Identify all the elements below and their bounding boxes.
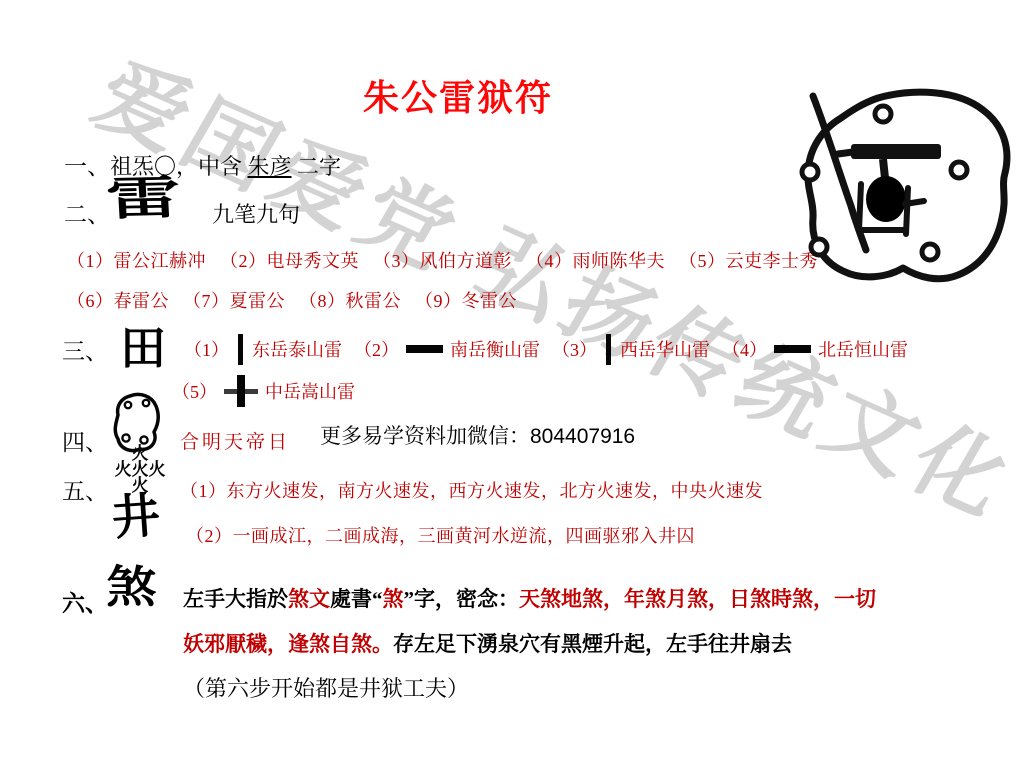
vertical-stroke-icon bbox=[606, 334, 611, 365]
filled-dot bbox=[866, 176, 906, 222]
item-number: （4） bbox=[722, 336, 767, 362]
item-label: 东岳泰山雷 bbox=[252, 336, 342, 362]
instruction-segment: 煞文 bbox=[288, 587, 330, 611]
section-six-number: 六、 bbox=[62, 585, 108, 618]
lei-brush-glyph: 雷 bbox=[105, 175, 182, 223]
instruction-segment: 處書“ bbox=[330, 587, 383, 611]
item-label: 中岳嵩山雷 bbox=[265, 378, 355, 404]
section-one-text-post: 二字 bbox=[292, 154, 342, 179]
section-six-line2: 妖邪厭穢，逢煞自煞。存左足下湧泉穴有黑煙升起，左手往井扇去 bbox=[183, 628, 792, 658]
section-two-number: 二、 bbox=[64, 196, 110, 229]
item-label: 北岳恒山雷 bbox=[818, 336, 908, 362]
item-number: （1） bbox=[184, 336, 229, 362]
instruction-segment: ”字，密念： bbox=[404, 587, 520, 611]
item-label: 南岳衡山雷 bbox=[450, 336, 540, 362]
sha-brush-glyph: 煞 bbox=[106, 566, 157, 610]
mountain-item: （5） 中岳嵩山雷 bbox=[172, 375, 355, 407]
mountain-item: （4） 北岳恒山雷 bbox=[722, 336, 908, 362]
mountain-item: （3） 西岳华山雷 bbox=[552, 334, 710, 365]
section-three-number: 三、 bbox=[62, 333, 108, 366]
instruction-segment: 煞 bbox=[383, 587, 404, 611]
horizontal-stroke-icon bbox=[774, 345, 811, 353]
well-brush-glyph: 井 bbox=[110, 492, 161, 543]
underlined-name: 朱彦 bbox=[248, 154, 292, 179]
lei-talisman-drawing bbox=[783, 80, 1021, 292]
vertical-stroke-icon bbox=[238, 334, 243, 365]
mountain-item: （2） 南岳衡山雷 bbox=[354, 336, 540, 362]
section-one-number: 一、 bbox=[64, 154, 110, 179]
instruction-segment: 左手大指於 bbox=[183, 587, 288, 611]
item-number: （5） bbox=[172, 378, 217, 404]
five-fires-glyph: 火 火火火 火 bbox=[106, 446, 174, 494]
section-three-row: 三、 田 （1） 东岳泰山雷 （2） 南岳衡山雷 （3） 西岳华山雷 （4） 北… bbox=[62, 324, 908, 374]
page-title: 朱公雷狱符 bbox=[363, 70, 553, 121]
thunder-officials-line: （1）雷公江赫冲 （2）电母秀文英 （3）风伯方道彰 （4）雨师陈华夫 （5）云… bbox=[67, 247, 818, 273]
incantation-text: 天煞地煞，年煞月煞，日煞時煞，一切 bbox=[519, 587, 876, 611]
document-page: 爱国爱党 弘扬传统文化 朱公雷狱符 一、祖炁〇，中含 朱彦 二字 二、 雷 九笔… bbox=[0, 0, 1033, 776]
section-three-row-center: （5） 中岳嵩山雷 bbox=[172, 373, 355, 409]
horizontal-stroke-icon bbox=[406, 345, 443, 353]
wechat-contact-note: 更多易学资料加微信：804407916 bbox=[320, 420, 635, 450]
incantation-text: 妖邪厭穢，逢煞自煞。 bbox=[183, 632, 393, 656]
lei-top-bar bbox=[851, 144, 941, 159]
visualization-text: 存左足下湧泉穴有黑煙升起，左手往井扇去 bbox=[393, 632, 792, 656]
seasonal-thunder-line: （6）春雷公 （7）夏雷公 （8）秋雷公 （9）冬雷公 bbox=[67, 287, 517, 313]
section-four-number: 四、 bbox=[62, 424, 108, 457]
five-directions-fire-line: （1）东方火速发，南方火速发，西方火速发，北方火速发，中央火速发 bbox=[180, 477, 763, 503]
section-six-note: （第六步开始都是井狱工夫） bbox=[183, 672, 469, 703]
section-six-line1: 左手大指於煞文處書“煞”字，密念：天煞地煞，年煞月煞，日煞時煞，一切 bbox=[183, 583, 876, 613]
item-number: （2） bbox=[354, 336, 399, 362]
section-four-label: 合明天帝日 bbox=[180, 427, 290, 454]
four-strokes-line: （2）一画成江，二画成海，三画黄河水逆流，四画驱邪入井囚 bbox=[186, 522, 695, 548]
cross-stroke-icon bbox=[224, 375, 258, 407]
section-two-label: 九笔九句 bbox=[212, 198, 300, 229]
item-label: 西岳华山雷 bbox=[620, 336, 710, 362]
section-five-number: 五、 bbox=[62, 473, 108, 506]
tian-glyph: 田 bbox=[120, 326, 166, 372]
item-number: （3） bbox=[552, 336, 597, 362]
mountain-item: （1） 东岳泰山雷 bbox=[184, 334, 342, 365]
